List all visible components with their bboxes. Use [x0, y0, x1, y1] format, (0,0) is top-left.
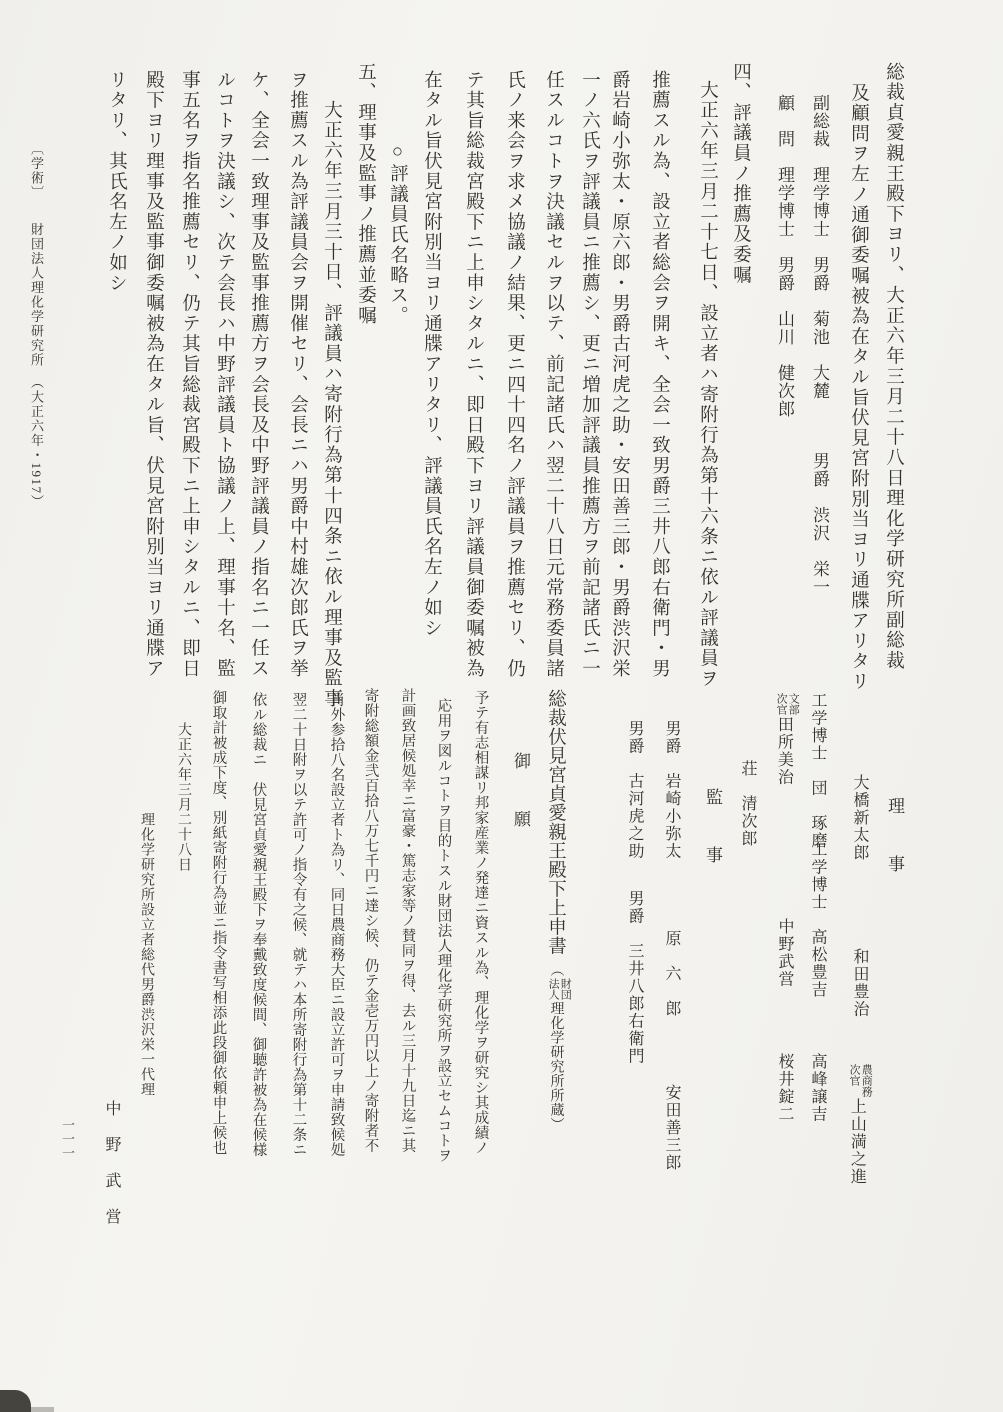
petition-title: 総裁伏見宮貞愛親王殿下上申書 （財団法人理化学研究所所蔵） — [546, 689, 571, 1132]
signer-title: 理化学研究所設立者総代男爵渋沢栄一代理 — [139, 812, 153, 1097]
officer-name: 安田善三郎 — [663, 1084, 679, 1172]
petition-line: 依ル総裁ニ 伏見宮貞愛親王殿下ヲ奉戴致度候間、御聴許被為在候様 — [251, 692, 266, 1157]
officer-line-fukusosai: 副総裁 理学博士 男爵 菊池 大麓 — [811, 94, 828, 400]
petition-line: 計画致居候処幸ニ富豪・篤志家等ノ賛同ヲ得、去ル三月十九日迄ニ其 — [400, 688, 415, 1153]
signer-name: 中 野 武 営 — [103, 1100, 119, 1226]
officer-name: 高峰譲吉 — [809, 1053, 825, 1123]
petition-line: 肖外参拾八名設立者ト為リ、同日農商務大臣ニ設立許可ヲ申請致候処 — [329, 692, 344, 1157]
source-annotation: 財団法人 — [547, 978, 571, 1000]
text-column: 氏ノ来会ヲ求メ協議ノ結果、更ニ四十四名ノ評議員ヲ推薦セリ、仍 — [505, 70, 524, 679]
officer-name: 農商務次官上山満之進 — [848, 1063, 872, 1186]
text-column: テ其旨総裁宮殿下ニ上申シタルニ、即日殿下ヨリ評議員御委嘱被為 — [464, 70, 483, 679]
officer-name: 中野武営 — [776, 918, 792, 988]
text-column: リタリ、其氏名左ノ如シ — [107, 70, 126, 293]
text-column: ルコトヲ決議シ、次テ会長ハ中野評議員ト協議ノ上、理事十名、監 — [215, 70, 234, 679]
officer-name: 和田豊治 — [851, 948, 867, 1018]
section-heading-4: 四、評議員ノ推薦及委嘱 — [731, 62, 750, 285]
scan-corner-artifact — [0, 1390, 31, 1412]
text-column: 推薦スル為、設立者総会ヲ開キ、全会一致男爵三井八郎右衛門・男 — [650, 70, 669, 679]
officer-line-shibusawa: 男爵 渋沢 栄一 — [811, 452, 828, 596]
petition-line: 予テ有志相謀リ邦家産業ノ発達ニ資スル為、理化学ヲ研究シ其成績ノ — [473, 690, 488, 1155]
petition-line: 御取計被成下度、別紙寄附行為並ニ指令書写相添此段御依頼申上候也 — [211, 690, 226, 1155]
officer-name: 荘 清次郎 — [739, 760, 755, 848]
office-annotation: 農商務次官 — [848, 1064, 872, 1097]
text-column: 大正六年三月三十日、評議員ハ寄附行為第十四条ニ依ル理事及監事 — [322, 100, 341, 709]
officer-name: 工学博士 高松豊吉 — [809, 841, 825, 999]
officer-line-komon: 顧 問 理学博士 男爵 山川 健次郎 — [776, 94, 793, 418]
text-column: ケ、全会一致理事及監事推薦方ヲ会長及中野評議員ノ指名ニ一任ス — [249, 70, 268, 679]
page-number: 一一一 — [61, 1118, 74, 1160]
officer-name: 工学博士 団 琢磨 — [809, 692, 825, 850]
officer-name: 桜井錠二 — [776, 1053, 792, 1123]
text-column: 爵岩崎小弥太・原六郎・男爵古河虎之助・安田善三郎・男爵渋沢栄 — [610, 70, 629, 679]
text-column: 大正六年三月二十七日、設立者ハ寄附行為第十六条ニ依ル評議員ヲ — [698, 80, 717, 689]
text-column: 総裁貞愛親王殿下ヨリ、大正六年三月二十八日理化学研究所副総裁 — [884, 62, 903, 671]
petition-line: 寄附総額金弐百拾八万七千円ニ達シ候、仍テ金壱万円以上ノ寄附者不 — [363, 688, 378, 1153]
officer-name: 原 六 郎 — [663, 930, 679, 1018]
margin-caption: 〔学術〕 財団法人理化学研究所 （大正六年・1917） — [30, 142, 43, 509]
officer-name: 文部次官田所美治 — [775, 692, 799, 786]
section-heading-5: 五、理事及監事ノ推薦並委嘱 — [356, 62, 375, 326]
text-column: 事五名ヲ指名推薦セリ、仍テ其旨総裁宮殿下ニ上申シタルニ、即日 — [180, 70, 199, 679]
document-page: 総裁貞愛親王殿下ヨリ、大正六年三月二十八日理化学研究所副総裁 及顧問ヲ左ノ通御委… — [0, 0, 1003, 1412]
text-column: 殿下ヨリ理事及監事御委嘱被為在タル旨、伏見宮附別当ヨリ通牒ア — [144, 70, 163, 679]
text-column: 及顧問ヲ左ノ通御委嘱被為在タル旨伏見宮附別当ヨリ通牒アリタリ — [849, 83, 868, 692]
note-line: ○評議員氏名略ス。 — [388, 142, 407, 326]
petition-date: 大正六年三月二十八日 — [176, 722, 190, 872]
text-column: 任スルコトヲ決議セルヲ以テ、前記諸氏ハ翌二十八日元常務委員諸 — [544, 70, 563, 679]
text-column: 一ノ六氏ヲ評議員ニ推薦シ、更ニ増加評議員推薦方ヲ前記諸氏ニ一 — [580, 70, 599, 679]
text-column: ヲ推薦スル為評議員会ヲ開催セリ、会長ニハ男爵中村雄次郎氏ヲ挙 — [288, 70, 307, 679]
petition-line: 翌二十日附ヲ以テ許可ノ指令有之候、就テハ本所寄附行為第十二条ニ — [291, 692, 306, 1157]
officer-name: 男爵 岩崎小弥太 — [663, 720, 679, 860]
officer-name: 男爵 古河虎之助 — [626, 720, 642, 860]
riji-heading: 理 事 — [886, 797, 903, 884]
kanji-heading: 監 事 — [704, 788, 721, 875]
office-annotation: 文部次官 — [775, 693, 799, 715]
officer-name: 大橋新太郎 — [851, 774, 867, 862]
petition-heading: 御 願 — [512, 752, 529, 839]
officer-name: 男爵 三井八郎右衛門 — [626, 890, 642, 1065]
petition-line: 応用ヲ図ルコトヲ目的トスル財団法人理化学研究所ヲ設立セムコトヲ — [436, 698, 451, 1163]
text-column: 在タル旨伏見宮附別当ヨリ通牒アリタリ、評議員氏名左ノ如シ — [422, 70, 441, 638]
